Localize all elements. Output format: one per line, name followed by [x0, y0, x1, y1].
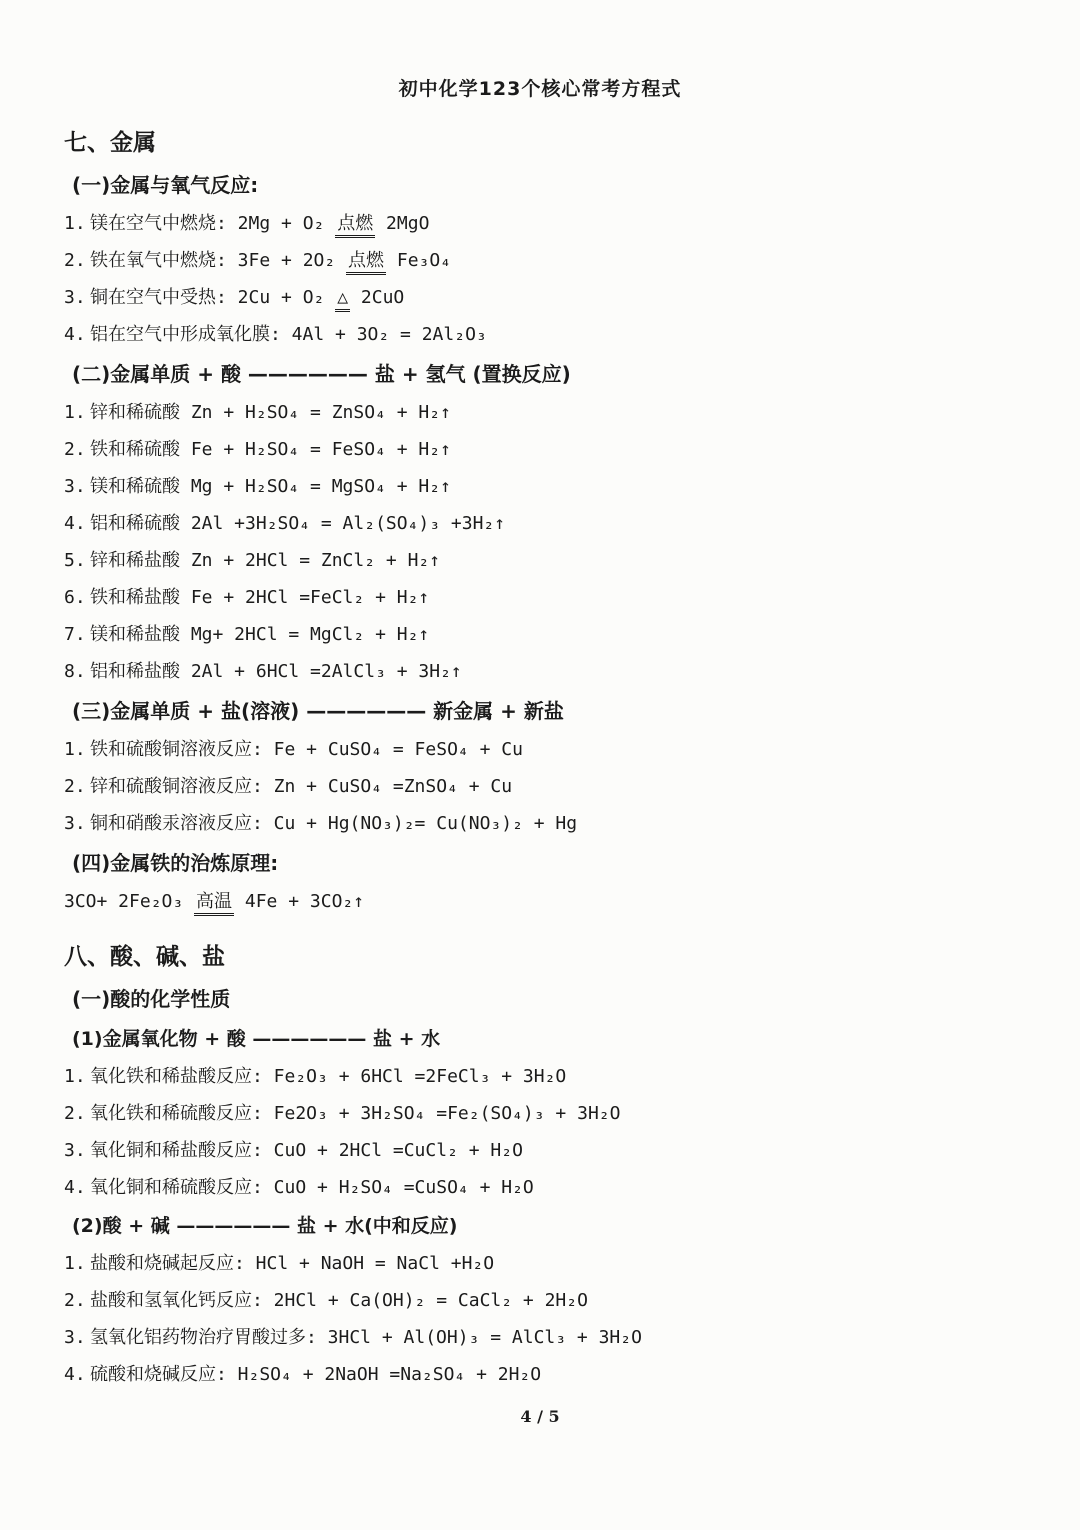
subsection-heading-iron-smelting: (四)金属铁的治炼原理:: [64, 850, 1016, 877]
item-text: 盐酸和氢氧化钙反应: 2HCl + Ca(OH)₂ = CaCl₂ + 2H₂O: [90, 1290, 588, 1311]
item-number: 2.: [64, 438, 90, 462]
item-number: 1.: [64, 1065, 90, 1089]
item-number: 3.: [64, 1326, 90, 1350]
equation-line: 3CO+ 2Fe₂O₃ 高温 4Fe + 3CO₂↑: [64, 890, 1016, 914]
list-item: 3.镁和稀硫酸 Mg + H₂SO₄ = MgSO₄ + H₂↑: [64, 475, 1016, 499]
list-item: 2.铁和稀硫酸 Fe + H₂SO₄ = FeSO₄ + H₂↑: [64, 438, 1016, 462]
item-text: 铁和稀盐酸 Fe + 2HCl =FeCl₂ + H₂↑: [90, 587, 429, 608]
page-number: 4 / 5: [64, 1407, 1016, 1427]
group-heading-acid-base-neutralization: (2)酸 + 碱 —————— 盐 + 水(中和反应): [64, 1214, 1016, 1239]
item-text: 锌和稀盐酸 Zn + 2HCl = ZnCl₂ + H₂↑: [90, 550, 440, 571]
item-text: 氧化铁和稀盐酸反应: Fe₂O₃ + 6HCl =2FeCl₃ + 3H₂O: [90, 1066, 566, 1087]
item-number: 2.: [64, 249, 90, 273]
item-text: 镁和稀盐酸 Mg+ 2HCl = MgCl₂ + H₂↑: [90, 624, 429, 645]
list-item: 1.盐酸和烧碱起反应: HCl + NaOH = NaCl +H₂O: [64, 1252, 1016, 1276]
list-item: 3.铜和硝酸汞溶液反应: Cu + Hg(NO₃)₂= Cu(NO₃)₂ + H…: [64, 812, 1016, 836]
item-number: 4.: [64, 323, 90, 347]
item-number: 4.: [64, 1176, 90, 1200]
group-heading-metal-oxide-acid: (1)金属氧化物 + 酸 —————— 盐 + 水: [64, 1027, 1016, 1052]
document-page: 初中化学123个核心常考方程式 七、金属 (一)金属与氧气反应: 1.镁在空气中…: [0, 0, 1080, 1530]
item-number: 3.: [64, 286, 90, 310]
item-text: 氧化铁和稀硫酸反应: Fe2O₃ + 3H₂SO₄ =Fe₂(SO₄)₃ + 3…: [90, 1103, 620, 1124]
item-text: 锌和稀硫酸 Zn + H₂SO₄ = ZnSO₄ + H₂↑: [90, 402, 451, 423]
list-item: 6.铁和稀盐酸 Fe + 2HCl =FeCl₂ + H₂↑: [64, 586, 1016, 610]
list-item: 4.氧化铜和稀硫酸反应: CuO + H₂SO₄ =CuSO₄ + H₂O: [64, 1176, 1016, 1200]
item-text: 铁在氧气中燃烧: 3Fe + 2O₂: [90, 250, 346, 271]
item-number: 1.: [64, 401, 90, 425]
list-item: 1.锌和稀硫酸 Zn + H₂SO₄ = ZnSO₄ + H₂↑: [64, 401, 1016, 425]
item-text: 铜和硝酸汞溶液反应: Cu + Hg(NO₃)₂= Cu(NO₃)₂ + Hg: [90, 813, 577, 834]
list-item: 2.盐酸和氢氧化钙反应: 2HCl + Ca(OH)₂ = CaCl₂ + 2H…: [64, 1289, 1016, 1313]
list-item: 3.氢氧化铝药物治疗胃酸过多: 3HCl + Al(OH)₃ = AlCl₃ +…: [64, 1326, 1016, 1350]
item-number: 3.: [64, 812, 90, 836]
list-item: 8.铝和稀盐酸 2Al + 6HCl =2AlCl₃ + 3H₂↑: [64, 660, 1016, 684]
item-number: 3.: [64, 1139, 90, 1163]
list-item: 1.铁和硫酸铜溶液反应: Fe + CuSO₄ = FeSO₄ + Cu: [64, 738, 1016, 762]
item-number: 4.: [64, 512, 90, 536]
item-text: 铁和硫酸铜溶液反应: Fe + CuSO₄ = FeSO₄ + Cu: [90, 739, 523, 760]
item-number: 2.: [64, 1102, 90, 1126]
section-heading-metal: 七、金属: [64, 128, 1016, 158]
reaction-condition: 点燃: [346, 250, 386, 275]
item-number: 1.: [64, 738, 90, 762]
list-item: 2.氧化铁和稀硫酸反应: Fe2O₃ + 3H₂SO₄ =Fe₂(SO₄)₃ +…: [64, 1102, 1016, 1126]
section-heading-acid-base-salt: 八、酸、碱、盐: [64, 942, 1016, 972]
list-item: 2.锌和硫酸铜溶液反应: Zn + CuSO₄ =ZnSO₄ + Cu: [64, 775, 1016, 799]
list-item: 4.铝在空气中形成氧化膜: 4Al + 3O₂ = 2Al₂O₃: [64, 323, 1016, 347]
item-number: 1.: [64, 212, 90, 236]
item-text: 氧化铜和稀盐酸反应: CuO + 2HCl =CuCl₂ + H₂O: [90, 1140, 523, 1161]
document-title: 初中化学123个核心常考方程式: [64, 78, 1016, 100]
subsection-heading-metal-salt: (三)金属单质 + 盐(溶液) —————— 新金属 + 新盐: [64, 698, 1016, 725]
item-number: 2.: [64, 1289, 90, 1313]
item-text: 锌和硫酸铜溶液反应: Zn + CuSO₄ =ZnSO₄ + Cu: [90, 776, 512, 797]
subsection-heading-metal-oxygen: (一)金属与氧气反应:: [64, 172, 1016, 199]
item-text: 硫酸和烧碱反应: H₂SO₄ + 2NaOH =Na₂SO₄ + 2H₂O: [90, 1364, 541, 1385]
item-text: 铝在空气中形成氧化膜: 4Al + 3O₂ = 2Al₂O₃: [90, 324, 487, 345]
item-number: 7.: [64, 623, 90, 647]
item-number: 4.: [64, 1363, 90, 1387]
list-item: 1.氧化铁和稀盐酸反应: Fe₂O₃ + 6HCl =2FeCl₃ + 3H₂O: [64, 1065, 1016, 1089]
equation-text: 3CO+ 2Fe₂O₃: [64, 891, 194, 912]
list-item: 5.锌和稀盐酸 Zn + 2HCl = ZnCl₂ + H₂↑: [64, 549, 1016, 573]
item-text: 镁在空气中燃烧: 2Mg + O₂: [90, 213, 335, 234]
item-number: 3.: [64, 475, 90, 499]
item-text: 铜在空气中受热: 2Cu + O₂: [90, 287, 335, 308]
item-number: 8.: [64, 660, 90, 684]
item-text: Fe₃O₄: [386, 250, 451, 271]
reaction-condition: 点燃: [335, 213, 375, 238]
item-number: 6.: [64, 586, 90, 610]
reaction-condition-heat-icon: △: [335, 287, 350, 312]
list-item: 3.铜在空气中受热: 2Cu + O₂ △ 2CuO: [64, 286, 1016, 310]
reaction-condition: 高温: [194, 891, 234, 916]
item-text: 氢氧化铝药物治疗胃酸过多: 3HCl + Al(OH)₃ = AlCl₃ + 3…: [90, 1327, 642, 1348]
item-text: 2CuO: [350, 287, 404, 308]
item-text: 铝和稀硫酸 2Al +3H₂SO₄ = Al₂(SO₄)₃ +3H₂↑: [90, 513, 505, 534]
item-text: 铁和稀硫酸 Fe + H₂SO₄ = FeSO₄ + H₂↑: [90, 439, 451, 460]
list-item: 3.氧化铜和稀盐酸反应: CuO + 2HCl =CuCl₂ + H₂O: [64, 1139, 1016, 1163]
list-item: 4.铝和稀硫酸 2Al +3H₂SO₄ = Al₂(SO₄)₃ +3H₂↑: [64, 512, 1016, 536]
subsection-heading-metal-acid: (二)金属单质 + 酸 —————— 盐 + 氢气 (置换反应): [64, 361, 1016, 388]
equation-text: 4Fe + 3CO₂↑: [234, 891, 364, 912]
item-text: 镁和稀硫酸 Mg + H₂SO₄ = MgSO₄ + H₂↑: [90, 476, 451, 497]
list-item: 1.镁在空气中燃烧: 2Mg + O₂ 点燃 2MgO: [64, 212, 1016, 236]
list-item: 7.镁和稀盐酸 Mg+ 2HCl = MgCl₂ + H₂↑: [64, 623, 1016, 647]
item-text: 盐酸和烧碱起反应: HCl + NaOH = NaCl +H₂O: [90, 1253, 494, 1274]
item-number: 1.: [64, 1252, 90, 1276]
item-number: 2.: [64, 775, 90, 799]
list-item: 2.铁在氧气中燃烧: 3Fe + 2O₂ 点燃 Fe₃O₄: [64, 249, 1016, 273]
item-text: 2MgO: [375, 213, 429, 234]
list-item: 4.硫酸和烧碱反应: H₂SO₄ + 2NaOH =Na₂SO₄ + 2H₂O: [64, 1363, 1016, 1387]
subsection-heading-acid-properties: (一)酸的化学性质: [64, 986, 1016, 1013]
item-number: 5.: [64, 549, 90, 573]
item-text: 氧化铜和稀硫酸反应: CuO + H₂SO₄ =CuSO₄ + H₂O: [90, 1177, 534, 1198]
item-text: 铝和稀盐酸 2Al + 6HCl =2AlCl₃ + 3H₂↑: [90, 661, 462, 682]
